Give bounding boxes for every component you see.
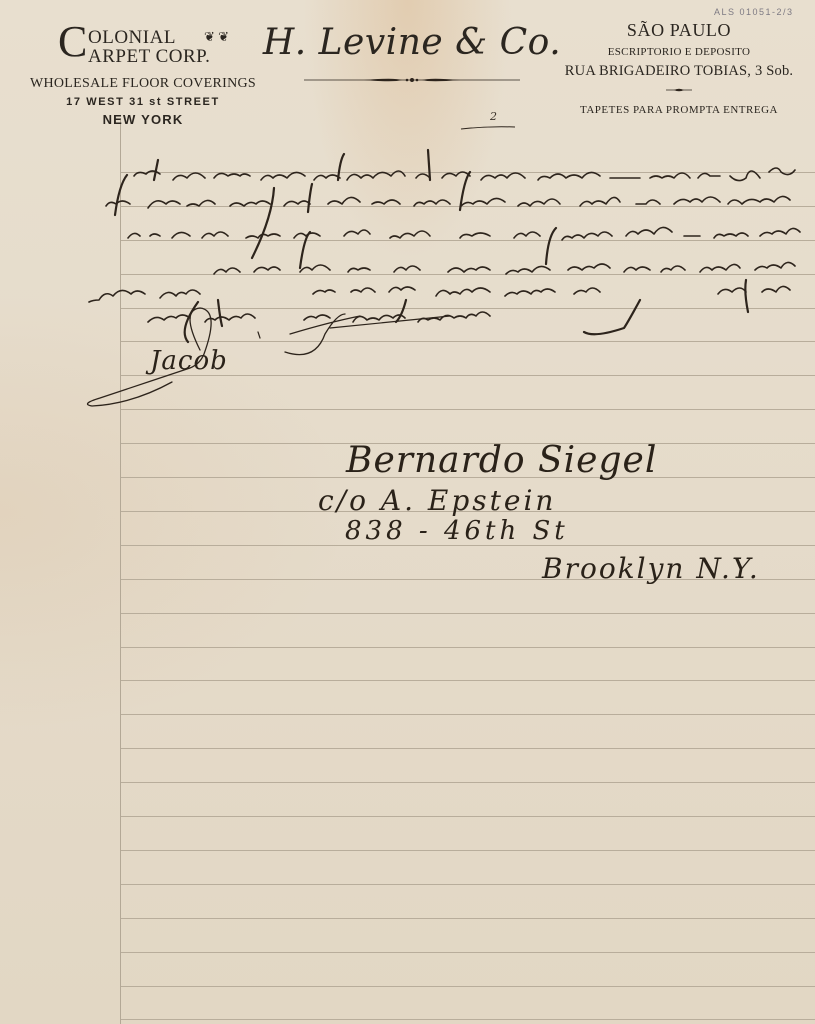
recipient-street: 838 - 46th St xyxy=(345,516,569,546)
ruled-line xyxy=(121,782,815,783)
ruled-line xyxy=(121,341,815,342)
colonial-logo: C OLONIAL ARPET CORP. ❦ ❦ xyxy=(14,24,272,66)
flourish-rule-icon xyxy=(304,76,520,84)
ruled-line xyxy=(121,816,815,817)
letterhead-colonial-carpet: C OLONIAL ARPET CORP. ❦ ❦ WHOLESALE FLOO… xyxy=(14,24,272,127)
wholesale-line: WHOLESALE FLOOR COVERINGS xyxy=(14,76,272,92)
letterhead-sao-paulo: SÃO PAULO ESCRIPTORIO E DEPOSITO RUA BRI… xyxy=(548,20,810,116)
ruled-line xyxy=(121,714,815,715)
sp-office: ESCRIPTORIO E DEPOSITO xyxy=(548,46,810,58)
ruled-line xyxy=(121,274,815,275)
ruled-line xyxy=(121,172,815,173)
catalog-mark: ALS 01051-2/3 xyxy=(714,7,794,17)
ruled-line xyxy=(121,918,815,919)
street-line: 17 WEST 31 st STREET xyxy=(14,96,272,108)
ruled-line xyxy=(121,409,815,410)
signature-jacob: Jacob xyxy=(150,346,228,376)
sp-city: SÃO PAULO xyxy=(548,20,810,41)
fleuron-ornament-icon: ❦ ❦ xyxy=(204,29,229,45)
recipient-care-of: c/o A. Epstein xyxy=(318,484,556,517)
sp-address: RUA BRIGADEIRO TOBIAS, 3 Sob. xyxy=(548,63,810,80)
small-flourish-icon xyxy=(666,87,692,93)
ruled-line xyxy=(121,647,815,648)
page-number-underline xyxy=(460,125,516,131)
city-line: NEW YORK xyxy=(14,112,272,127)
ruled-line xyxy=(121,308,815,309)
ruled-line xyxy=(121,952,815,953)
ruled-line xyxy=(121,680,815,681)
ruled-line xyxy=(121,206,815,207)
logo-initial: C xyxy=(58,20,87,64)
ruled-line xyxy=(121,1019,815,1020)
ruled-line xyxy=(121,613,815,614)
letterhead-firm: H. Levine & Co. xyxy=(262,22,562,63)
recipient-name: Bernardo Siegel xyxy=(346,440,657,481)
ruled-line xyxy=(121,240,815,241)
ruled-line xyxy=(121,748,815,749)
ruled-line xyxy=(121,986,815,987)
page-number: 2 xyxy=(490,110,497,123)
recipient-city: Brooklyn N.Y. xyxy=(542,552,760,585)
ruled-line xyxy=(121,850,815,851)
ruled-line xyxy=(121,884,815,885)
sp-tagline: TAPETES PARA PROMPTA ENTREGA xyxy=(548,104,810,116)
firm-name: H. Levine & Co. xyxy=(262,22,562,63)
logo-line2: ARPET CORP. xyxy=(88,46,210,68)
